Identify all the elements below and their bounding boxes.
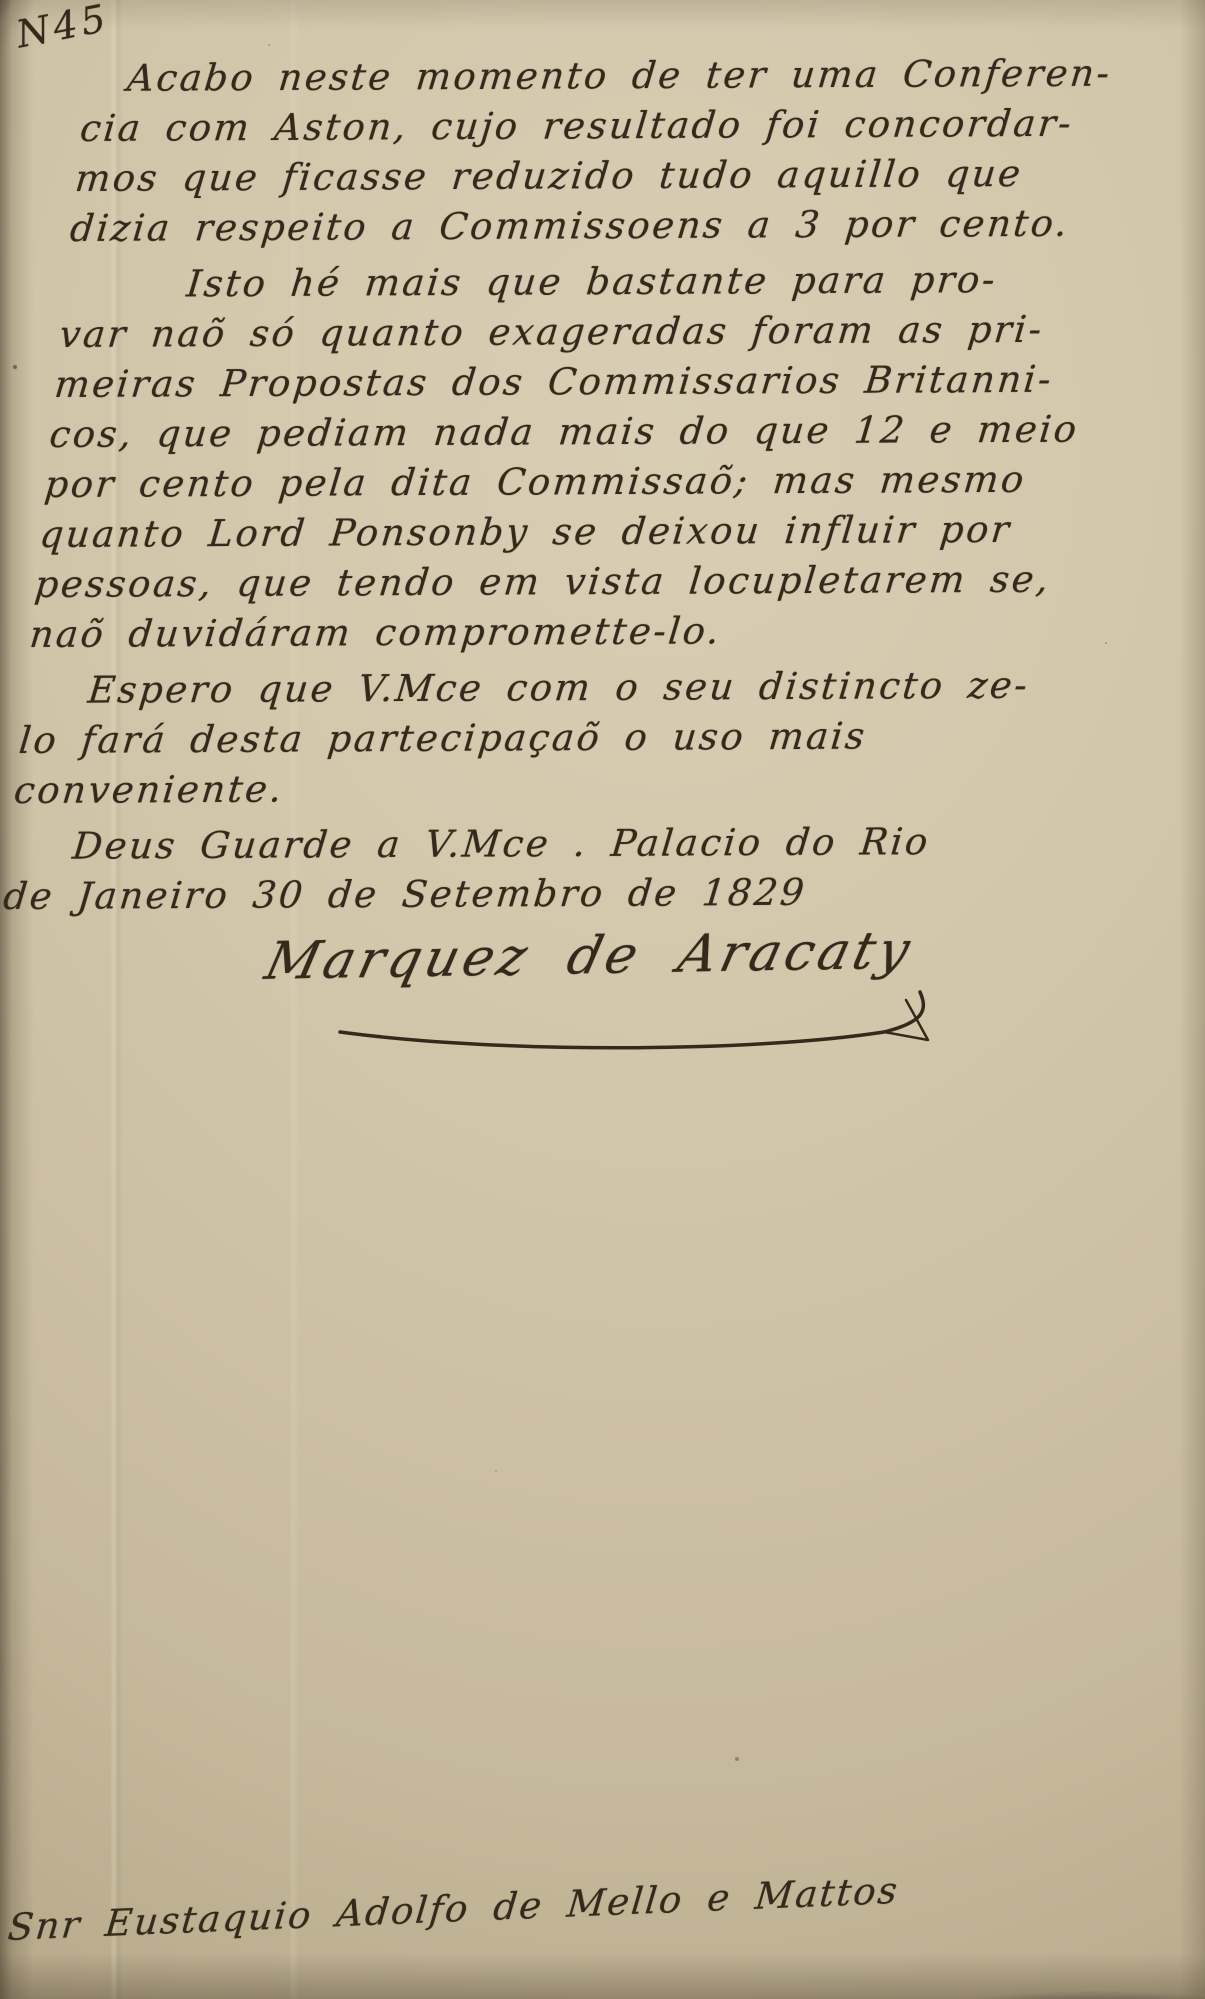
letter-line: lo fará desta partecipaçaõ o uso mais <box>17 710 1123 766</box>
letter-line: por cento pela dita Commissaõ; mas mesmo <box>42 454 1148 510</box>
letter-line: var naõ só quanto exageradas foram as pr… <box>57 304 1163 360</box>
letter-line: Espero que V.Mce com o seu distincto ze- <box>22 660 1128 716</box>
letter-line: Isto hé mais que bastante para pro- <box>62 254 1168 310</box>
signature: Marquez de Aracaty <box>260 920 957 992</box>
letter-line: cia com Aston, cujo resultado foi concor… <box>78 98 1184 154</box>
signature-block: Marquez de Aracaty <box>268 926 948 1086</box>
letter-line: mos que ficasse reduzido tudo aquillo qu… <box>73 148 1179 204</box>
addressee-line: Snr Eustaquio Adolfo de Mello e Mattos <box>6 1869 901 1949</box>
signature-flourish-icon <box>324 988 944 1060</box>
letter-body: Acabo neste momento de ter uma Conferen-… <box>1 46 1188 922</box>
letter-line: dizia respeito a Commissoens a 3 por cen… <box>68 198 1174 254</box>
letter-line: conveniente. <box>12 760 1118 816</box>
letter-line: Deus Guarde a V.Mce . Palacio do Rio <box>6 816 1112 872</box>
folio-number: N45 <box>13 0 113 57</box>
letter-line: quanto Lord Ponsonby se deixou influir p… <box>37 504 1143 560</box>
letter-line: meiras Propostas dos Commissarios Britan… <box>52 354 1158 410</box>
paper-specks <box>0 0 2 2</box>
letter-line: de Janeiro 30 de Setembro de 1829 <box>1 866 1107 922</box>
letter-line: Acabo neste momento de ter uma Conferen- <box>83 48 1189 104</box>
manuscript-page: N45 Acabo neste momento de ter uma Confe… <box>0 0 1205 1999</box>
letter-line: cos, que pediam nada mais do que 12 e me… <box>47 404 1153 460</box>
letter-line: naõ duvidáram compromette-lo. <box>27 604 1133 660</box>
letter-line: pessoas, que tendo em vista locupletarem… <box>32 554 1138 610</box>
